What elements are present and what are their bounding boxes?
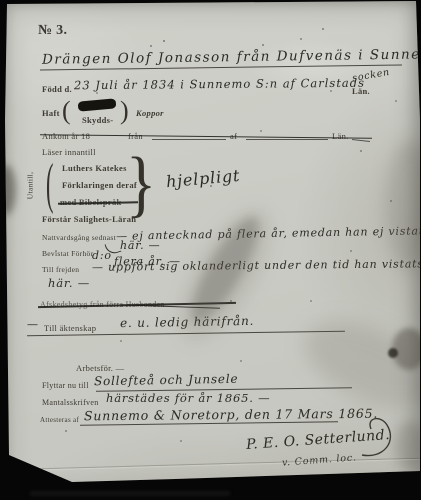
- lan-suffix: Län.: [352, 86, 370, 96]
- born-value: 23 Juli år 1834 i Sunnemo S:n af Carlsta…: [74, 76, 365, 93]
- communion-label: Nattvardsgång sednast: [42, 233, 116, 242]
- scanned-certificate-paper: № 3. Drängen Olof Jonasson från Dufvenäs…: [0, 0, 421, 500]
- signature-flourish: [358, 413, 400, 459]
- grade-hjelpligt: hjelpligt: [165, 166, 241, 191]
- koppor-label: Koppor: [136, 108, 164, 118]
- conduct-note: — uppfört sig oklanderligt under den tid…: [92, 257, 421, 273]
- arrival-blank-2: [246, 139, 328, 140]
- right-edge-stain: [392, 328, 421, 370]
- memorization-side-label: Utantill,: [26, 162, 35, 210]
- arrival-blank-1: [152, 139, 226, 140]
- arrival-part4: Län.: [332, 131, 349, 141]
- arrival-blank-3: [352, 139, 370, 142]
- photo-bottom-streak: [30, 492, 230, 495]
- closing-brace: }: [126, 148, 156, 220]
- born-label: Född d.: [42, 84, 72, 94]
- arrival-part1: Ankom år 18: [42, 131, 90, 141]
- census-note: härstädes för år 1865. —: [106, 391, 270, 405]
- exam-label: Bevistat Förhör: [42, 249, 93, 258]
- moving-label: Flyttar nu till: [42, 381, 89, 390]
- ink-blot: [78, 98, 117, 111]
- crease-line: [40, 458, 420, 470]
- salvation-doctrine-label: Förstår Salighets-Läran: [42, 214, 136, 224]
- moving-destination: Sollefteå och Junsele: [94, 372, 239, 389]
- marriage-label: Till äktenskap: [44, 323, 96, 333]
- left-bracket: (: [46, 155, 53, 213]
- left-edge-stain: [0, 165, 16, 215]
- attest-label: Attesteras af: [40, 416, 79, 424]
- communion-note: — ej antecknad på flera år, emedan han e…: [116, 224, 421, 242]
- conduct-note-2: här. —: [48, 276, 90, 290]
- left-paren: (: [62, 97, 71, 124]
- right-edge-stain-dot: [388, 348, 398, 358]
- marriage-note: e. u. ledig härifrån.: [120, 314, 254, 330]
- har-insert: här. —: [120, 239, 161, 252]
- conduct-label: Till frejden: [42, 265, 79, 274]
- speckles: [0, 0, 2, 2]
- catechism-row: Luthers Katekes: [62, 163, 127, 173]
- skydds-option: Skydds-: [82, 115, 113, 125]
- document-number: № 3.: [38, 23, 67, 39]
- right-band-stain: [385, 140, 421, 270]
- census-label: Mantalsskrifven: [42, 398, 99, 407]
- marriage-lead-dash: —: [27, 318, 39, 331]
- right-paren: ): [120, 97, 129, 124]
- photo-background: № 3. Drängen Olof Jonasson från Dufvenäs…: [0, 0, 421, 500]
- had-pox-label: Haft: [42, 108, 60, 118]
- able-to-work-label: Arbetsför. —: [76, 363, 124, 373]
